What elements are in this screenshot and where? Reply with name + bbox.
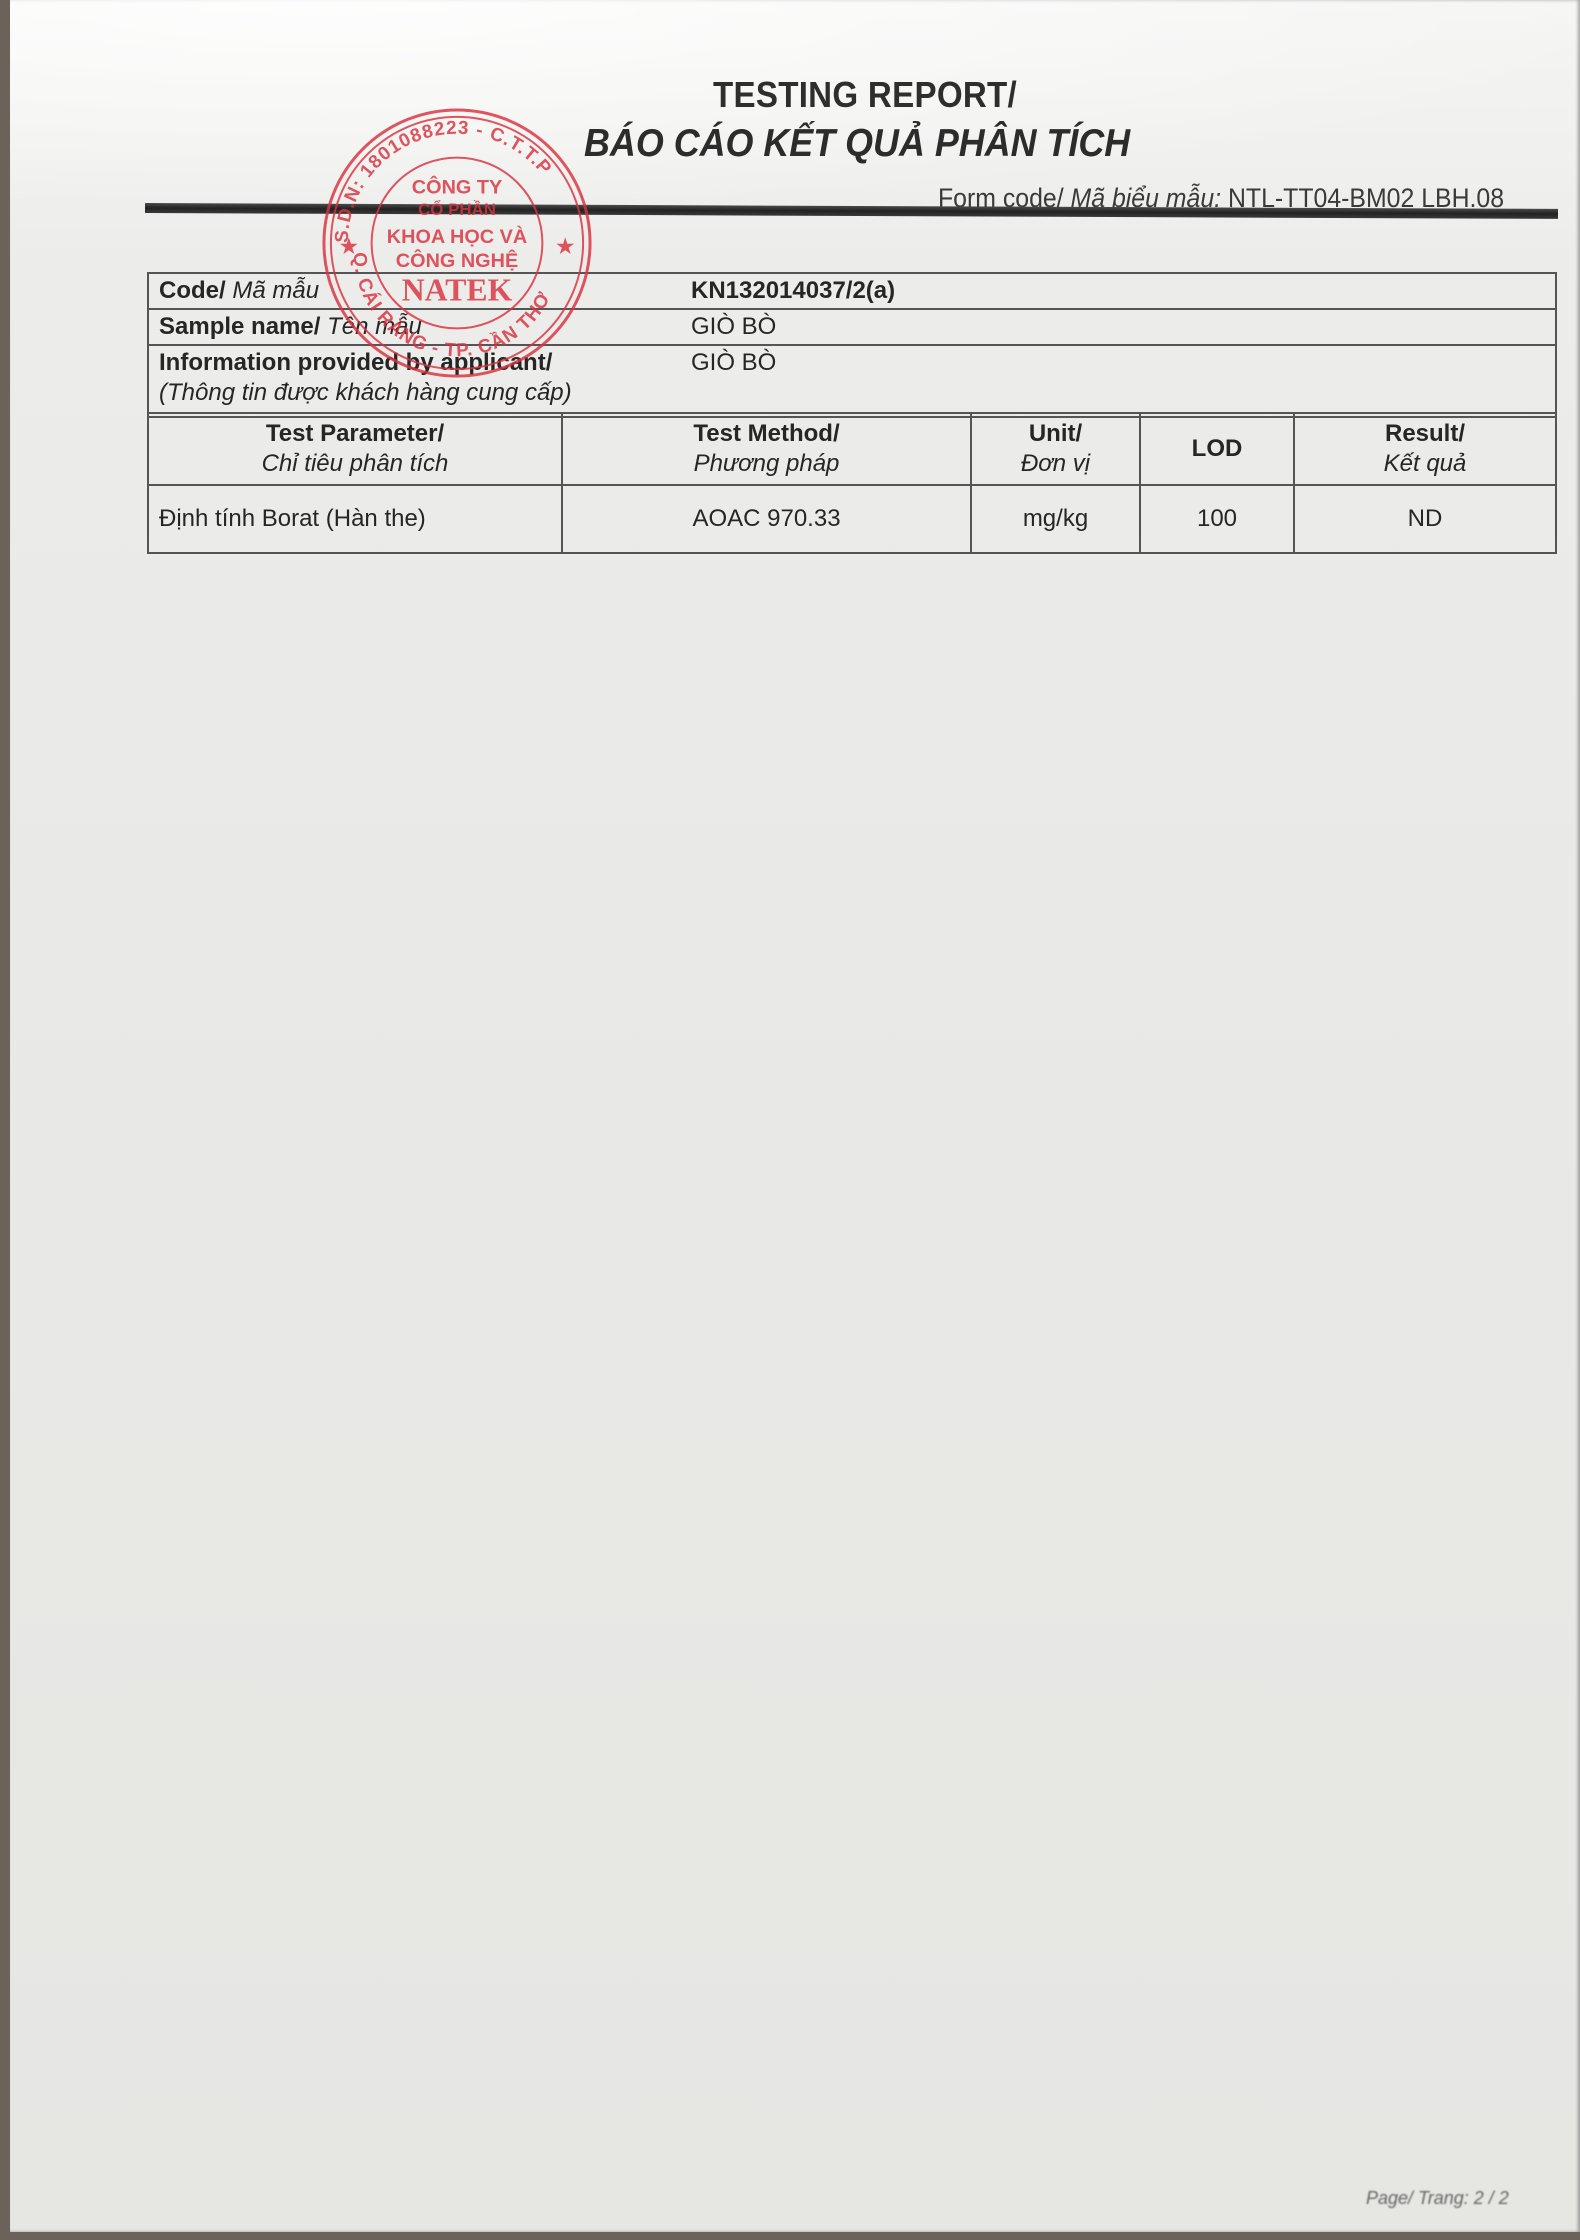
sample-name-value: GIÒ BÒ	[679, 309, 1556, 345]
applicant-label-en: Information provided by applicant/	[159, 349, 552, 376]
applicant-info-value: GIÒ BÒ	[679, 345, 1556, 417]
cell-method: AOAC 970.33	[562, 485, 971, 553]
sample-info-table: Code/ Mã mẫu KN132014037/2(a) Sample nam…	[147, 272, 1557, 418]
sample-name-row: Sample name/ Tên mẫu GIÒ BÒ	[148, 309, 1556, 345]
col-header-method: Test Method/Phương pháp	[562, 413, 971, 485]
svg-text:★: ★	[340, 236, 358, 258]
cell-result: ND	[1294, 485, 1556, 553]
code-label-vi: Mã mẫu	[232, 277, 319, 304]
results-table: Test Parameter/Chỉ tiêu phân tích Test M…	[147, 412, 1557, 554]
cell-unit: mg/kg	[971, 485, 1140, 553]
applicant-label-vi: (Thông tin được khách hàng cung cấp)	[159, 379, 572, 406]
sample-code-value: KN132014037/2(a)	[679, 273, 1556, 309]
col-header-unit: Unit/Đơn vị	[971, 413, 1140, 485]
name-label-vi: Tên mẫu	[327, 313, 422, 340]
cell-lod: 100	[1140, 485, 1294, 553]
sample-code-row: Code/ Mã mẫu KN132014037/2(a)	[148, 273, 1556, 309]
page-number: Page/ Trang: 2 / 2	[1366, 2188, 1509, 2209]
col-header-parameter: Test Parameter/Chỉ tiêu phân tích	[148, 413, 562, 485]
name-label-en: Sample name/	[159, 313, 320, 340]
svg-text:CÔNG NGHỆ: CÔNG NGHỆ	[396, 248, 518, 272]
svg-text:KHOA HỌC VÀ: KHOA HỌC VÀ	[387, 225, 527, 248]
report-page: TESTING REPORT/ BÁO CÁO KẾT QUẢ PHÂN TÍC…	[10, 0, 1580, 2232]
applicant-info-row: Information provided by applicant/(Thông…	[148, 345, 1556, 417]
svg-text:S.D.N: 1801088223 - C.T.T.P: S.D.N: 1801088223 - C.T.T.P	[331, 117, 557, 244]
report-title-vi: BÁO CÁO KẾT QUẢ PHÂN TÍCH	[584, 122, 1130, 166]
code-label-en: Code/	[159, 277, 226, 304]
cell-parameter: Định tính Borat (Hàn the)	[148, 485, 562, 553]
col-header-lod: LOD	[1140, 413, 1294, 485]
results-header-row: Test Parameter/Chỉ tiêu phân tích Test M…	[148, 413, 1556, 485]
svg-text:★: ★	[556, 236, 574, 258]
table-row: Định tính Borat (Hàn the) AOAC 970.33 mg…	[148, 485, 1556, 553]
svg-text:CÔNG TY: CÔNG TY	[412, 174, 502, 198]
col-header-result: Result/Kết quả	[1294, 413, 1556, 485]
report-title-en: TESTING REPORT/	[78, 74, 1580, 116]
